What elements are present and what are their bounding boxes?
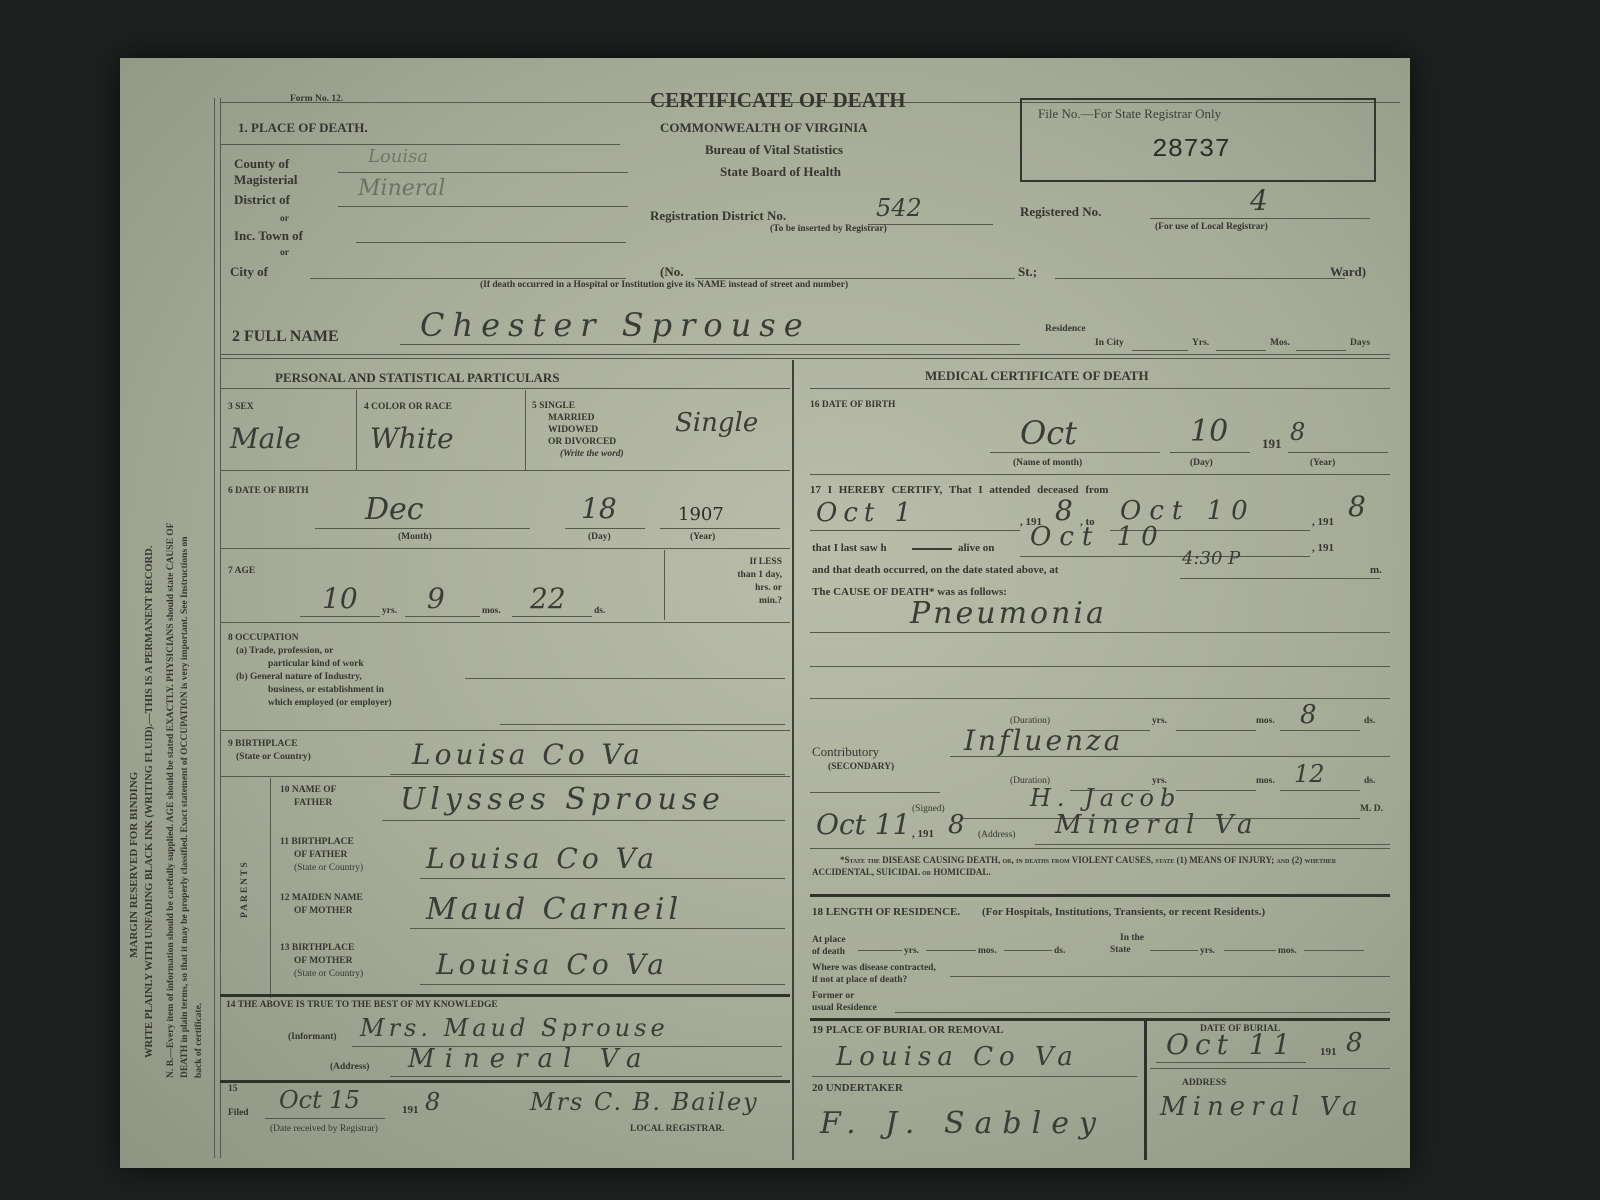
informant-label: (Informant) — [288, 1032, 337, 1042]
filed-label: Filed — [228, 1108, 249, 1118]
marital-option-single: 5 SINGLE — [532, 400, 624, 412]
dob-year-value: 1907 — [678, 504, 724, 525]
former-residence-field[interactable] — [895, 1002, 1390, 1013]
last-saw-date-field[interactable]: Oct 10 — [1020, 528, 1310, 557]
dob-month-value: Dec — [365, 492, 424, 527]
yrs-label: yrs. — [904, 946, 919, 956]
birthplace-label: 9 BIRTHPLACE (State or Country) — [228, 738, 311, 764]
rule — [220, 470, 790, 471]
m-suffix: m. — [1370, 564, 1382, 576]
physician-address-field[interactable]: Mineral Va — [1035, 814, 1390, 845]
county-label: County of — [234, 156, 289, 172]
birthplace-title: 9 BIRTHPLACE — [228, 738, 311, 751]
district-value: Mineral — [358, 176, 445, 201]
rule — [356, 390, 357, 470]
death-month-field[interactable]: Oct — [990, 418, 1160, 453]
mother-birthplace-label: 13 BIRTHPLACE OF MOTHER (State or Countr… — [280, 942, 363, 981]
residence-days-field[interactable] — [1296, 340, 1346, 351]
last-saw-date-value: Oct 10 — [1030, 522, 1166, 552]
town-label: Inc. Town of — [234, 228, 303, 244]
registration-district-value: 542 — [876, 194, 922, 222]
death-time-value: 4:30 P — [1182, 548, 1240, 569]
full-name-value: Chester Sprouse — [420, 306, 811, 344]
yrs-label: Yrs. — [1192, 338, 1209, 348]
dob-label: 6 DATE OF BIRTH — [228, 486, 309, 496]
dob-year-field[interactable]: 1907 — [660, 498, 780, 529]
marital-status-label: 5 SINGLE MARRIED WIDOWED OR DIVORCED (Wr… — [532, 400, 624, 460]
rule — [810, 894, 1390, 897]
rule — [220, 144, 620, 145]
registered-number-value: 4 — [1250, 184, 1268, 217]
informant-address-field[interactable]: Mineral Va — [390, 1044, 782, 1077]
mother-label-line: 12 MAIDEN NAME — [280, 892, 363, 905]
mother-name-field[interactable]: Maud Carneil — [410, 890, 785, 929]
informant-value: Mrs. Maud Sprouse — [360, 1014, 669, 1042]
registered-number-note: (For use of Local Registrar) — [1155, 222, 1268, 232]
occupation-label: 8 OCCUPATION (a) Trade, profession, or p… — [228, 632, 392, 710]
days-label: Days — [1350, 338, 1370, 348]
margin-divider — [214, 98, 215, 1158]
attended-to-year-digit[interactable]: 8 — [1348, 490, 1366, 523]
contributory-cause-field[interactable]: Influenza — [950, 724, 1390, 757]
undertaker-address-label: ADDRESS — [1182, 1078, 1226, 1088]
cause-of-death-value: Pneumonia — [910, 596, 1107, 631]
father-name-label: 10 NAME OF FATHER — [280, 784, 336, 810]
occupation-trade-label: particular kind of work — [228, 658, 392, 671]
mother-bp-line: OF MOTHER — [280, 955, 363, 968]
at-place-line: of death — [812, 946, 846, 958]
certificate-title: CERTIFICATE OF DEATH — [650, 88, 906, 113]
ds-caption: ds. — [594, 606, 605, 616]
strikethrough-mark — [912, 548, 952, 550]
father-birthplace-field[interactable]: Louisa Co Va — [420, 842, 785, 879]
attended-from-value: Oct 1 — [816, 498, 917, 528]
physician-address-label: (Address) — [978, 830, 1015, 840]
mother-name-label: 12 MAIDEN NAME OF MOTHER — [280, 892, 363, 918]
mother-bp-line: (State or Country) — [280, 968, 363, 981]
death-year-digit: 8 — [1290, 418, 1305, 446]
full-name-label: 2 FULL NAME — [232, 328, 339, 346]
less-note-line: If LESS — [676, 556, 782, 569]
full-name-field[interactable]: Chester Sprouse — [400, 306, 1020, 345]
rule — [810, 474, 1390, 475]
place-of-burial-label: 19 PLACE OF BURIAL OR REMOVAL — [812, 1024, 1004, 1036]
filed-year-digit[interactable]: 8 — [425, 1088, 440, 1116]
burial-year-digit[interactable]: 8 — [1346, 1028, 1363, 1058]
rule — [810, 848, 1390, 849]
town-field[interactable] — [356, 222, 626, 243]
mos-label: mos. — [1256, 776, 1275, 786]
residence-state-years-field[interactable] — [1150, 938, 1198, 951]
filed-number: 15 — [228, 1084, 238, 1094]
age-days-value: 22 — [530, 582, 566, 615]
residence-in-city-label: In City — [1095, 338, 1124, 348]
rule — [220, 388, 790, 389]
local-registrar-caption: LOCAL REGISTRAR. — [630, 1124, 725, 1134]
file-number-value: 28737 — [1152, 134, 1230, 164]
mother-birthplace-value: Louisa Co Va — [436, 948, 668, 981]
cause-footnote: *State the DISEASE CAUSING DEATH, or, in… — [812, 854, 1387, 878]
death-certificate: MARGIN RESERVED FOR BINDING WRITE PLAINL… — [120, 58, 1410, 1168]
month-caption: (Name of month) — [1013, 458, 1082, 468]
registered-number-field[interactable]: 4 — [1150, 192, 1370, 219]
knowledge-statement: 14 THE ABOVE IS TRUE TO THE BEST OF MY K… — [226, 1000, 498, 1010]
residence-years-field[interactable] — [1132, 340, 1188, 351]
in-state-line: State — [1110, 944, 1144, 956]
place-of-burial-field[interactable]: Louisa Co Va — [812, 1040, 1137, 1077]
dob-day-value: 18 — [581, 492, 617, 525]
length-of-residence-label: 18 LENGTH OF RESIDENCE. — [812, 906, 960, 918]
mother-bp-line: 13 BIRTHPLACE — [280, 942, 363, 955]
bureau-title: Bureau of Vital Statistics — [705, 142, 843, 158]
district-label: District of — [234, 192, 290, 208]
registered-number-label: Registered No. — [1020, 204, 1101, 220]
sex-label: 3 SEX — [228, 402, 254, 412]
occupation-trade-field[interactable] — [465, 664, 785, 679]
place-of-death-label: 1. PLACE OF DEATH. — [238, 120, 368, 136]
residence-note: (For Hospitals, Institutions, Transients… — [982, 906, 1265, 918]
marital-write-note: (Write the word) — [532, 448, 624, 460]
rule — [525, 390, 526, 470]
margin-binding-note: MARGIN RESERVED FOR BINDING — [128, 772, 140, 958]
ds-label: ds. — [1364, 776, 1375, 786]
birthplace-value: Louisa Co Va — [412, 738, 644, 771]
column-divider — [792, 360, 794, 1160]
in-state-line: In the — [1110, 932, 1144, 944]
mother-name-value: Maud Carneil — [426, 892, 682, 927]
year-caption: (Year) — [1310, 458, 1335, 468]
residence-place-months-field[interactable] — [926, 938, 976, 951]
burial-divider — [1144, 1020, 1147, 1160]
occupation-trade-label: (a) Trade, profession, or — [228, 645, 392, 658]
ward-field[interactable] — [1055, 258, 1345, 279]
marital-option-divorced: OR DIVORCED — [532, 436, 624, 448]
father-bp-line: 11 BIRTHPLACE — [280, 836, 363, 849]
death-time-field[interactable]: 4:30 P — [1180, 554, 1380, 579]
former-line: Former or — [812, 990, 877, 1002]
magisterial-label: Magisterial — [234, 172, 298, 188]
rule — [810, 666, 1390, 667]
age-months-field[interactable]: 9 — [405, 588, 480, 617]
residence-state-days-field[interactable] — [1304, 938, 1364, 951]
age-months-value: 9 — [427, 582, 445, 615]
occupation-industry-label: which employed (or employer) — [228, 697, 392, 710]
margin-instructions-2: DEATH in plain terms, so that it may be … — [180, 536, 190, 1078]
rule — [220, 994, 790, 997]
dob-month-field[interactable]: Dec — [315, 498, 530, 529]
father-name-value: Ulysses Sprouse — [400, 782, 725, 817]
filed-date-value: Oct 15 — [279, 1086, 360, 1114]
personal-section-title: PERSONAL AND STATISTICAL PARTICULARS — [275, 370, 560, 386]
day-caption: (Day) — [588, 532, 611, 542]
street-no-field[interactable] — [695, 258, 1015, 279]
occupation-industry-field[interactable] — [500, 710, 785, 725]
hospital-note: (If death occurred in a Hospital or Inst… — [480, 280, 848, 290]
undertaker-label: 20 UNDERTAKER — [812, 1082, 903, 1094]
occupation-industry-label: business, or establishment in — [228, 684, 392, 697]
margin-ink-note: WRITE PLAINLY WITH UNFADING BLACK INK (W… — [144, 546, 155, 1058]
rule — [220, 354, 1390, 355]
parents-label: PARENTS — [240, 860, 250, 918]
rule — [220, 730, 790, 731]
city-label: City of — [230, 264, 268, 280]
less-note-line: than 1 day, — [676, 569, 782, 582]
ds-label: ds. — [1054, 946, 1065, 956]
rule — [220, 776, 790, 777]
margin-instructions-3: back of certificate. — [194, 1003, 204, 1078]
in-state-label: In the State — [1110, 932, 1144, 956]
rule — [220, 358, 1390, 359]
informant-field[interactable]: Mrs. Maud Sprouse — [352, 1014, 782, 1047]
occupation-industry-label: (b) General nature of Industry, — [228, 671, 392, 684]
rule — [220, 622, 790, 623]
dob-day-field[interactable]: 18 — [565, 498, 645, 529]
former-line: usual Residence — [812, 1002, 877, 1014]
yrs-caption: yrs. — [382, 606, 397, 616]
parents-divider — [270, 778, 271, 998]
contributory-duration-months-value: 12 — [1294, 760, 1325, 788]
or-label: or — [280, 248, 289, 258]
rule — [220, 1080, 790, 1083]
disease-contracted-label: Where was disease contracted, if not at … — [812, 962, 936, 986]
street-no-label: (No. — [660, 264, 683, 280]
age-label: 7 AGE — [228, 566, 255, 576]
rule — [220, 548, 790, 549]
marital-option-widowed: WIDOWED — [532, 424, 624, 436]
year-caption: (Year) — [690, 532, 715, 542]
month-caption: (Month) — [398, 532, 432, 542]
age-years-field[interactable]: 10 — [300, 588, 380, 617]
secondary-label: (SECONDARY) — [828, 762, 894, 772]
death-date-label: 16 DATE OF BIRTH — [810, 400, 895, 410]
date-of-burial-field[interactable]: Oct 11 — [1156, 1030, 1306, 1063]
signed-date-value[interactable]: Oct 11 — [816, 808, 910, 841]
registration-district-field[interactable]: 542 — [868, 198, 993, 225]
disease-contracted-field[interactable] — [950, 964, 1390, 977]
burial-year-prefix: 191 — [1320, 1046, 1337, 1058]
attended-from-field[interactable]: Oct 1 — [810, 502, 1020, 531]
local-registrar-signature[interactable]: Mrs C. B. Bailey — [530, 1088, 759, 1116]
undertaker-value[interactable]: F. J. Sabley — [820, 1106, 1106, 1141]
signed-year-digit[interactable]: 8 — [948, 810, 965, 840]
attended-to-year-prefix: , 191 — [1312, 516, 1334, 528]
rule — [810, 388, 1390, 389]
county-field[interactable]: Louisa — [338, 146, 628, 173]
rule — [810, 792, 940, 793]
death-day-field[interactable]: 10 — [1170, 418, 1250, 453]
medical-section-title: MEDICAL CERTIFICATE OF DEATH — [925, 368, 1149, 384]
father-bp-line: OF FATHER — [280, 849, 363, 862]
mother-label-line: OF MOTHER — [280, 905, 363, 918]
commonwealth-title: COMMONWEALTH OF VIRGINIA — [660, 120, 868, 136]
less-than-day-note: If LESS than 1 day, hrs. or min.? — [676, 556, 782, 608]
place-of-burial-value: Louisa Co Va — [836, 1042, 1079, 1072]
residence-state-months-field[interactable] — [1224, 938, 1276, 951]
last-saw-year-prefix: , 191 — [1312, 542, 1334, 554]
district-field[interactable]: Mineral — [338, 180, 628, 207]
board-title: State Board of Health — [720, 164, 841, 180]
less-note-line: hrs. or — [676, 582, 782, 595]
occupation-title: 8 OCCUPATION — [228, 632, 392, 645]
age-years-value: 10 — [322, 582, 358, 615]
undertaker-address-value[interactable]: Mineral Va — [1160, 1092, 1363, 1122]
father-bp-line: (State or Country) — [280, 862, 363, 875]
death-year-field[interactable]: 8 — [1288, 418, 1388, 453]
cause-of-death-field[interactable]: Pneumonia — [810, 598, 1390, 633]
registration-district-label: Registration District No. — [650, 208, 786, 224]
age-days-field[interactable]: 22 — [512, 588, 592, 617]
registration-district-note: (To be inserted by Registrar) — [770, 224, 887, 234]
former-residence-label: Former or usual Residence — [812, 990, 877, 1014]
father-label-line: 10 NAME OF — [280, 784, 336, 797]
informant-address-label: (Address) — [330, 1062, 369, 1072]
physician-address-value: Mineral Va — [1055, 810, 1258, 840]
death-day-value: 10 — [1190, 414, 1228, 449]
death-month-value: Oct — [1020, 414, 1077, 452]
day-caption: (Day) — [1190, 458, 1213, 468]
marital-status-value[interactable]: Single — [675, 408, 758, 438]
margin-divider — [220, 98, 221, 1158]
residence-place-years-field[interactable] — [858, 938, 902, 951]
contracted-line: if not at place of death? — [812, 974, 936, 986]
father-name-field[interactable]: Ulysses Sprouse — [382, 780, 785, 821]
ward-label: Ward) — [1330, 264, 1366, 280]
street-label: St.; — [1018, 264, 1037, 280]
at-place-label: At place of death — [812, 934, 846, 958]
residence-months-field[interactable] — [1216, 340, 1266, 351]
signed-year-prefix: , 191 — [912, 828, 934, 840]
file-number-label: File No.—For State Registrar Only — [1038, 106, 1221, 122]
rule — [810, 698, 1390, 699]
death-time-label: and that death occurred, on the date sta… — [812, 564, 1058, 576]
sex-value[interactable]: Male — [230, 422, 301, 455]
filed-year-prefix: 191 — [402, 1104, 419, 1116]
last-saw-label: that I last saw h — [812, 542, 887, 554]
mos-label: mos. — [978, 946, 997, 956]
filed-caption: (Date received by Registrar) — [270, 1124, 378, 1134]
alive-on-label: alive on — [958, 542, 994, 554]
signed-label: (Signed) — [912, 804, 945, 814]
filed-date-field[interactable]: Oct 15 — [265, 1088, 385, 1119]
less-note-line: min.? — [676, 595, 782, 608]
rule — [1150, 1068, 1390, 1069]
date-of-burial-value: Oct 11 — [1166, 1028, 1296, 1061]
mos-label: mos. — [1278, 946, 1297, 956]
city-field[interactable] — [310, 258, 626, 279]
mos-label: Mos. — [1270, 338, 1290, 348]
md-suffix: M. D. — [1360, 804, 1383, 814]
contributory-cause-value: Influenza — [964, 724, 1124, 757]
race-value[interactable]: White — [370, 422, 454, 455]
form-number: Form No. 12. — [290, 94, 343, 104]
father-birthplace-value: Louisa Co Va — [426, 842, 658, 875]
residence-place-days-field[interactable] — [1004, 938, 1052, 951]
contributory-label: Contributory — [812, 744, 879, 760]
rule — [810, 1018, 1390, 1021]
death-year-prefix: 191 — [1262, 436, 1282, 452]
yrs-label: yrs. — [1200, 946, 1215, 956]
informant-address-value: Mineral Va — [408, 1044, 651, 1074]
birthplace-field[interactable]: Louisa Co Va — [390, 738, 785, 775]
file-number-box: File No.—For State Registrar Only 28737 — [1020, 98, 1376, 182]
or-label: or — [280, 214, 289, 224]
county-value: Louisa — [368, 146, 428, 167]
contracted-line: Where was disease contracted, — [812, 962, 936, 974]
mother-birthplace-field[interactable]: Louisa Co Va — [420, 946, 785, 985]
physician-signature-value: H. Jacob — [1030, 784, 1181, 812]
marital-option-married: MARRIED — [532, 412, 624, 424]
birthplace-subtitle: (State or Country) — [228, 751, 311, 764]
father-label-line: FATHER — [280, 797, 336, 810]
at-place-line: At place — [812, 934, 846, 946]
father-birthplace-label: 11 BIRTHPLACE OF FATHER (State or Countr… — [280, 836, 363, 875]
residence-label: Residence — [1045, 324, 1086, 334]
race-label: 4 COLOR OR RACE — [364, 402, 452, 412]
margin-instructions-1: N. B.—Every item of information should b… — [166, 523, 176, 1078]
rule — [664, 550, 665, 620]
mos-caption: mos. — [482, 606, 501, 616]
